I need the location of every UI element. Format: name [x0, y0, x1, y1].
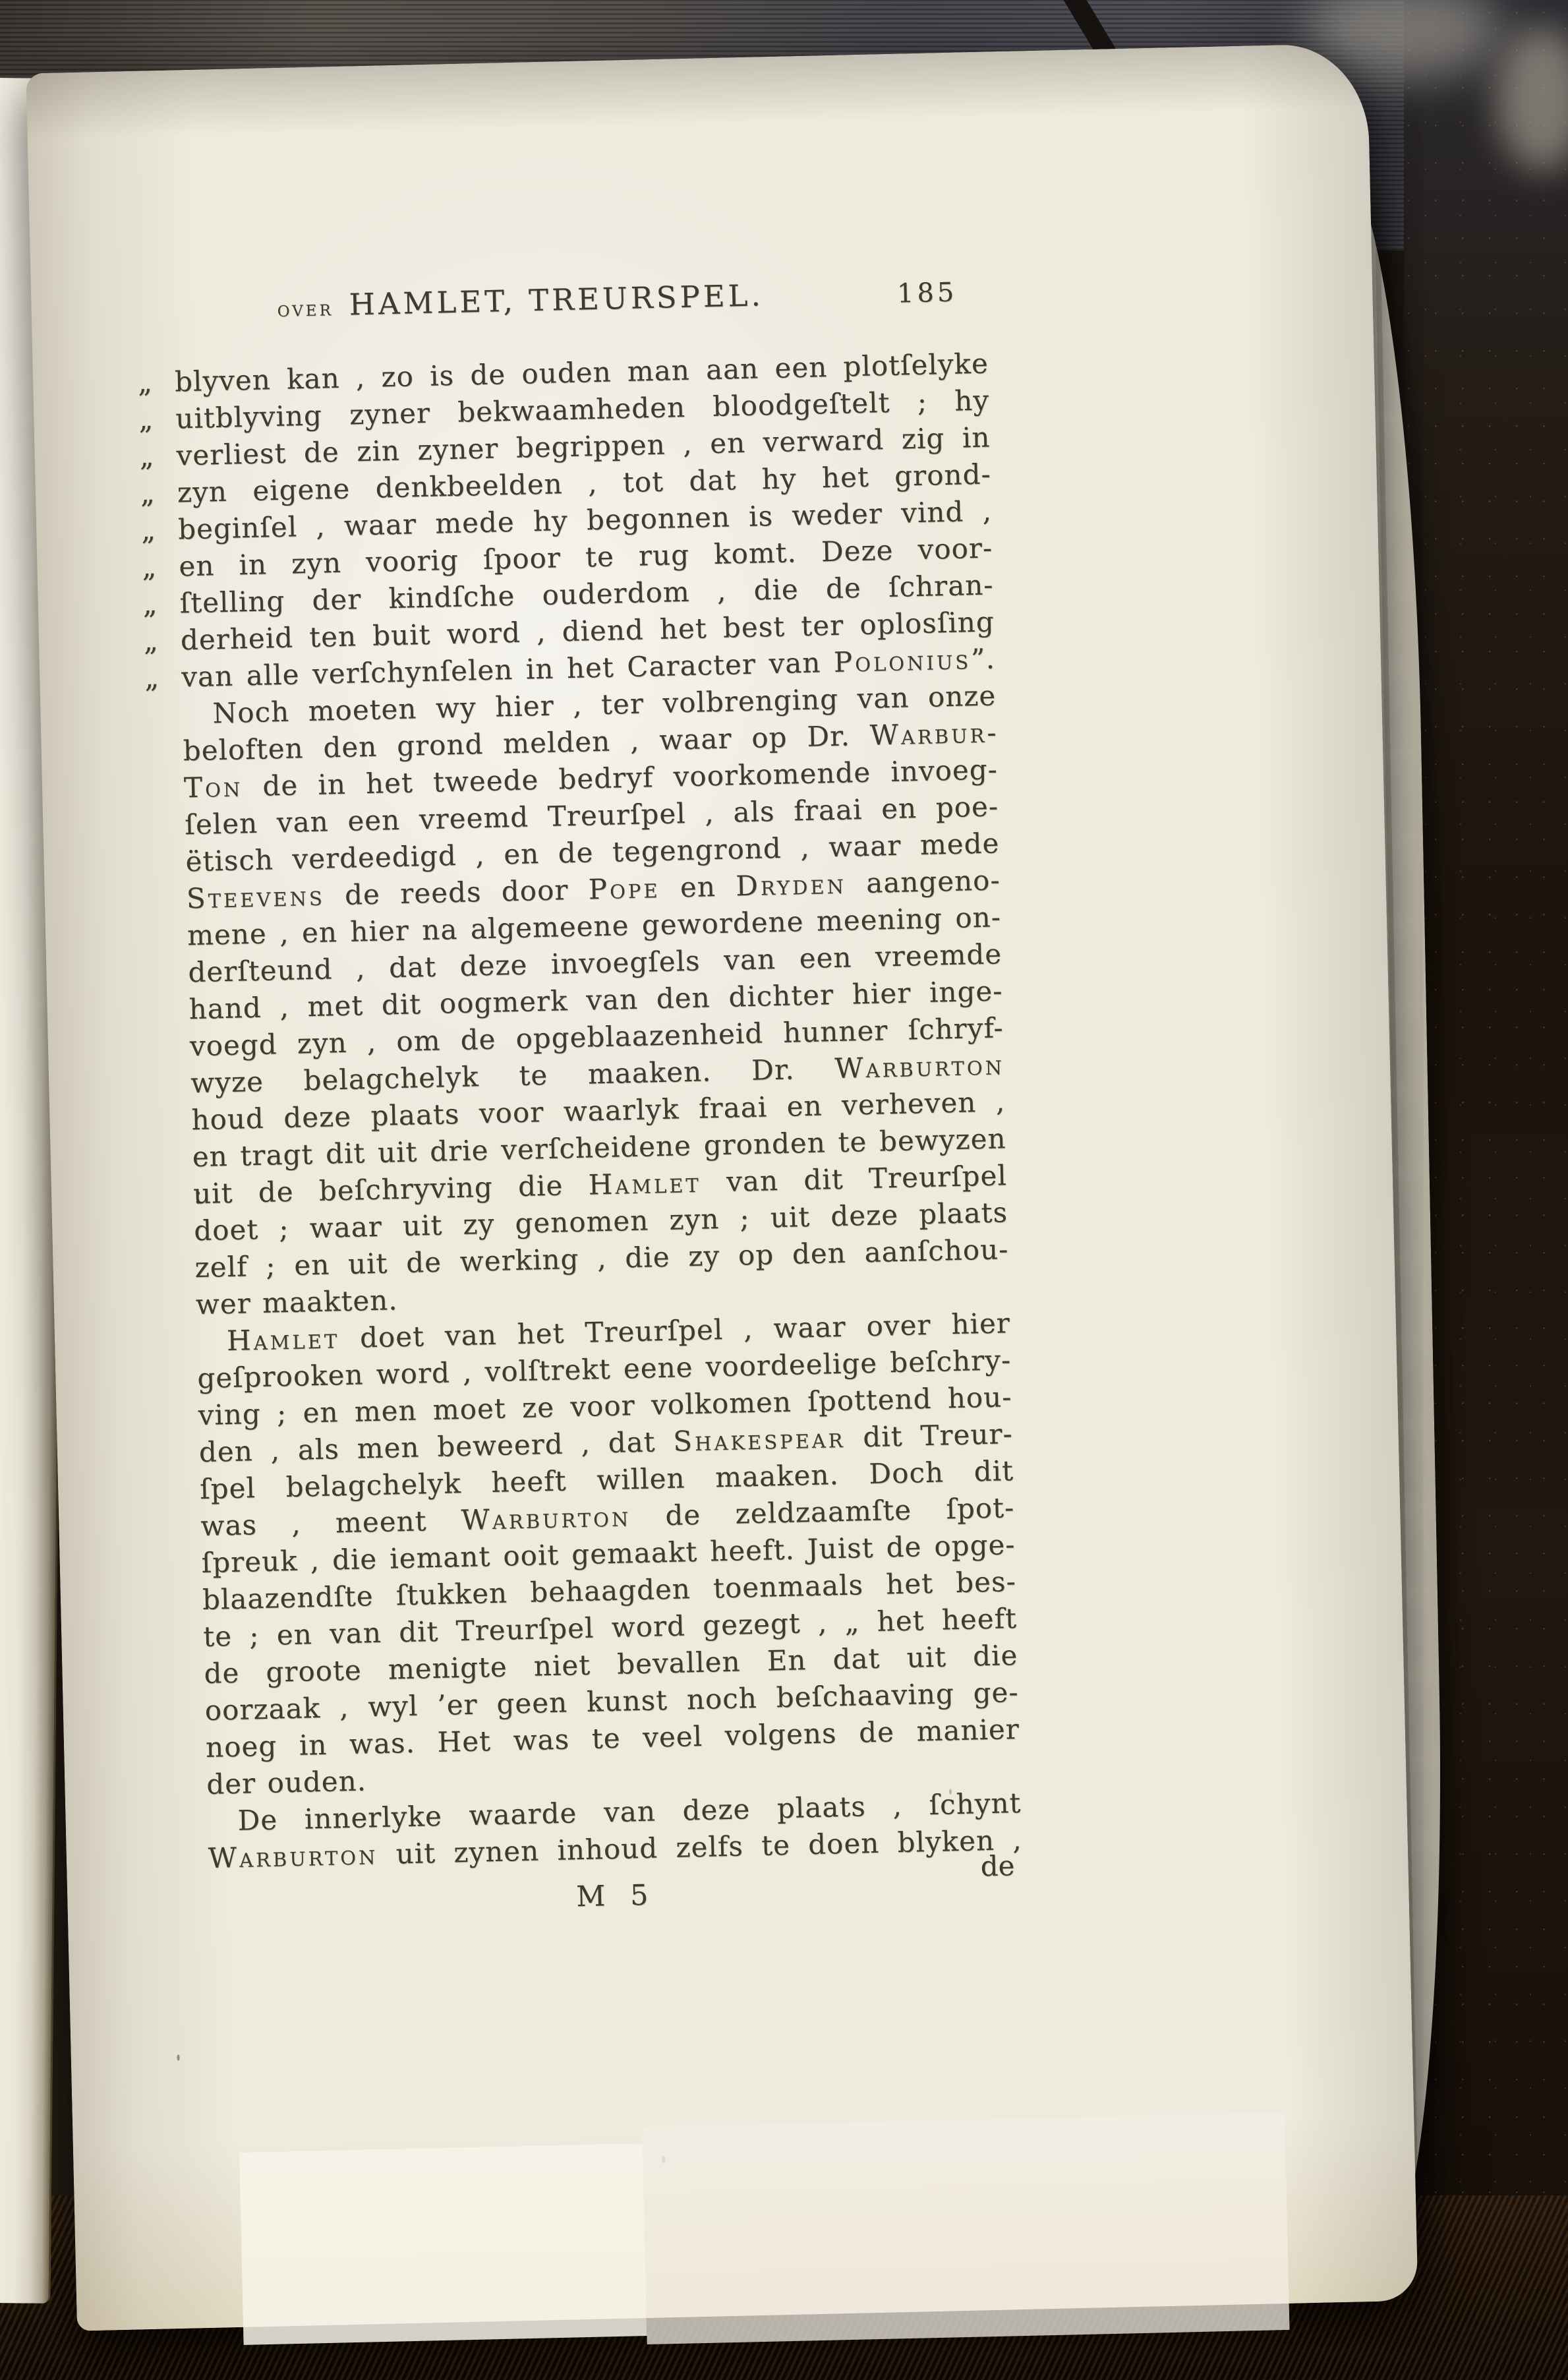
paragraph: Noch moeten wy hier , ter volbrenging va…	[182, 677, 1010, 1323]
book-photo-scene: over HAMLET, TREURSPEL. 185 „blyven kan …	[0, 0, 1568, 2380]
body-paragraphs: „blyven kan , zo is de ouden man aan een…	[174, 345, 1022, 1877]
running-header: over HAMLET, TREURSPEL. 185	[173, 273, 987, 336]
quotation-mark: „	[140, 475, 156, 512]
smallcaps-name: Warburton	[461, 1500, 631, 1536]
quotation-mark: „	[143, 622, 159, 660]
paragraph: Hamlet doet van het Treurſpel , waar ove…	[196, 1305, 1020, 1803]
header-over-label: over	[277, 295, 334, 322]
smallcaps-name: Polonius	[833, 643, 971, 678]
smallcaps-name: Warburton	[208, 1838, 378, 1874]
quotation-mark: „	[142, 549, 158, 586]
quotation-mark: „	[141, 512, 157, 549]
smallcaps-name: Hamlet	[588, 1166, 701, 1201]
quotation-mark: „	[144, 659, 160, 697]
quotation-mark: „	[137, 364, 153, 402]
quotation-mark: „	[142, 585, 158, 623]
book-page: over HAMLET, TREURSPEL. 185 „blyven kan …	[26, 43, 1418, 2331]
smallcaps-name: Warburton	[834, 1048, 1005, 1085]
text-block: over HAMLET, TREURSPEL. 185 „blyven kan …	[173, 273, 1024, 1932]
page-number: 185	[896, 278, 957, 309]
smallcaps-name: Warbur	[869, 717, 987, 752]
header-title-group: over HAMLET, TREURSPEL.	[277, 275, 898, 324]
smallcaps-name: Ton	[183, 770, 243, 804]
smallcaps-name: Shakespear	[673, 1421, 846, 1458]
header-title: HAMLET, TREURSPEL.	[349, 278, 764, 322]
smallcaps-name: Steevens	[186, 879, 325, 915]
paper-tone-patch-left	[239, 2143, 647, 2345]
quotation-mark: „	[138, 401, 154, 438]
smallcaps-name: Pope	[588, 872, 660, 905]
paragraph: „blyven kan , zo is de ouden man aan een…	[174, 345, 995, 696]
smallcaps-name: Hamlet	[227, 1322, 340, 1357]
signature-mark: M 5	[209, 1870, 1024, 1922]
smallcaps-name: Dryden	[736, 868, 847, 903]
quotation-mark: „	[139, 438, 155, 475]
paper-tone-patch-right	[642, 2112, 1289, 2344]
